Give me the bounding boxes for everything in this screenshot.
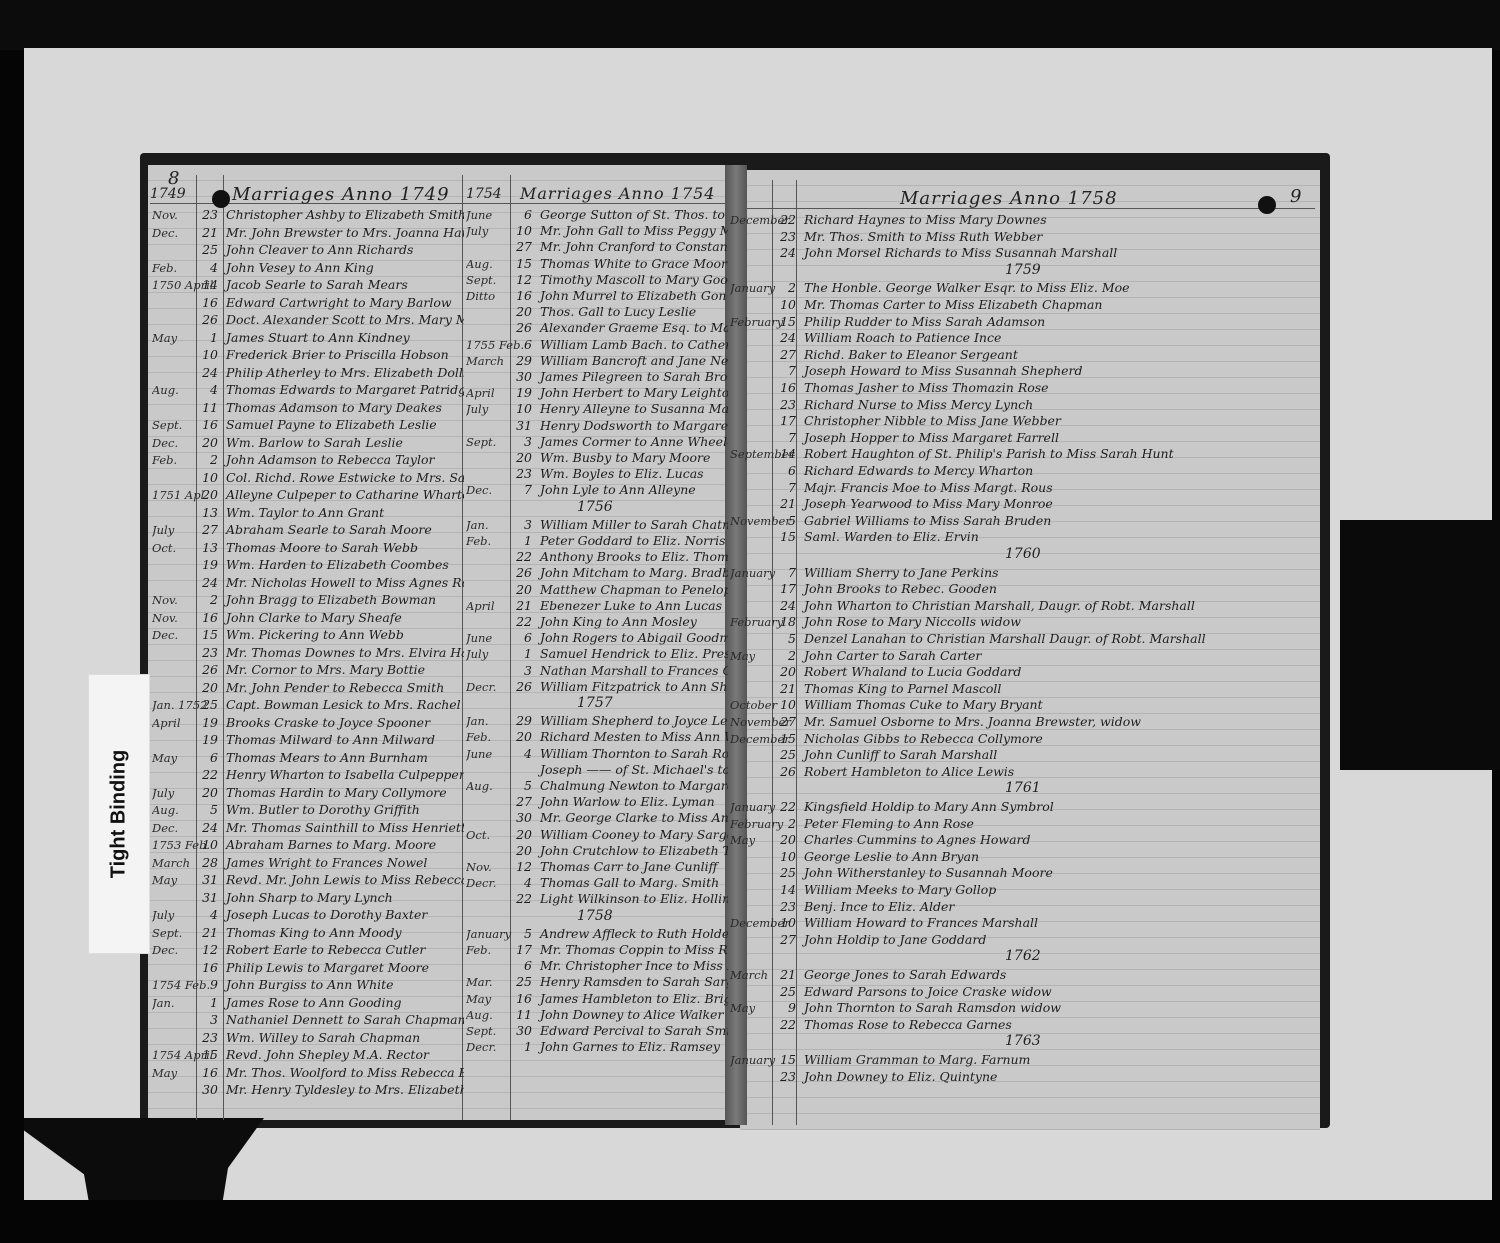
register-entry: 7Joseph Hopper to Miss Margaret Farrell bbox=[730, 430, 1320, 446]
entry-month: Nov. bbox=[152, 207, 194, 223]
entry-names: Mr. John Pender to Rebecca Smith bbox=[226, 680, 444, 696]
register-entry: 3Nathaniel Dennett to Sarah Chapman bbox=[152, 1012, 464, 1028]
register-entry: 20Matthew Chapman to Penelope Bowyer bbox=[466, 582, 728, 598]
register-entry: Jan.3William Miller to Sarah Chatman bbox=[466, 517, 728, 533]
entry-month: Dec. bbox=[152, 627, 194, 643]
entry-day: 26 bbox=[772, 764, 796, 780]
entry-day: 12 bbox=[508, 272, 532, 288]
register-entry: Dec.15Wm. Pickering to Ann Webb bbox=[152, 627, 464, 643]
register-entry: Dec.12Robert Earle to Rebecca Cutler bbox=[152, 942, 464, 958]
entry-names: John Holdip to Jane Goddard bbox=[804, 932, 986, 948]
register-entry: 17John Brooks to Rebec. Gooden bbox=[730, 581, 1320, 597]
entry-day: 6 bbox=[194, 750, 218, 766]
register-entry: Feb.17Mr. Thomas Coppin to Miss Rebecca bbox=[466, 942, 728, 958]
register-entry: Dec.7John Lyle to Ann Alleyne bbox=[466, 482, 728, 498]
entry-day: 6 bbox=[508, 958, 532, 974]
entry-names: Christopher Ashby to Elizabeth Smith bbox=[226, 207, 464, 223]
entry-day: 15 bbox=[772, 1052, 796, 1068]
register-entry: 6Mr. Christopher Ince to Miss Eliz. Ma bbox=[466, 958, 728, 974]
register-entry: May20Charles Cummins to Agnes Howard bbox=[730, 832, 1320, 848]
register-entry: Aug.4Thomas Edwards to Margaret Patridge bbox=[152, 382, 464, 398]
entry-day: 19 bbox=[194, 732, 218, 748]
entry-month: Mar. bbox=[466, 974, 508, 990]
entry-names: Revd. Mr. John Lewis to Miss Rebecca Wal… bbox=[226, 872, 464, 888]
entry-names: William Thomas Cuke to Mary Bryant bbox=[804, 697, 1043, 713]
entry-day: 10 bbox=[772, 297, 796, 313]
entry-month: Feb. bbox=[152, 260, 194, 276]
register-entry: June6George Sutton of St. Thos. to Mary … bbox=[466, 207, 728, 223]
entry-day: 22 bbox=[772, 212, 796, 228]
entry-day: 25 bbox=[772, 984, 796, 1000]
entry-day: 6 bbox=[508, 337, 532, 353]
entry-names: Philip Atherley to Mrs. Elizabeth Dollin bbox=[226, 365, 464, 381]
year-heading: 1756 bbox=[577, 499, 613, 515]
register-entry: 22John King to Ann Mosley bbox=[466, 614, 728, 630]
entry-names: Thos. Gall to Lucy Leslie bbox=[540, 304, 696, 320]
entry-day: 24 bbox=[194, 575, 218, 591]
entry-names: Henry Alleyne to Susanna Maynard bbox=[540, 401, 728, 417]
shadow-right bbox=[1340, 520, 1500, 770]
register-entry: July20Thomas Hardin to Mary Collymore bbox=[152, 785, 464, 801]
entry-day: 10 bbox=[194, 837, 218, 853]
entry-month: September bbox=[730, 446, 772, 462]
entry-day: 10 bbox=[508, 223, 532, 239]
entry-day: 7 bbox=[772, 480, 796, 496]
register-entry: January22Kingsfield Holdip to Mary Ann S… bbox=[730, 799, 1320, 815]
entry-day: 20 bbox=[194, 435, 218, 451]
entry-names: John Murrel to Elizabeth Gon bbox=[540, 288, 726, 304]
entry-month: July bbox=[466, 401, 508, 417]
entry-day: 3 bbox=[508, 434, 532, 450]
register-entry: Decr.26William Fitzpatrick to Ann Shorte… bbox=[466, 679, 728, 695]
entry-names: Wm. Willey to Sarah Chapman bbox=[226, 1030, 420, 1046]
entry-names: Christopher Nibble to Miss Jane Webber bbox=[804, 413, 1061, 429]
register-entry: 24John Morsel Richards to Miss Susannah … bbox=[730, 245, 1320, 261]
entry-names: Mr. John Gall to Miss Peggy Michie bbox=[540, 223, 728, 239]
entry-day: 12 bbox=[508, 859, 532, 875]
entry-names: John Cleaver to Ann Richards bbox=[226, 242, 413, 258]
register-entry: Feb.20Richard Mesten to Miss Ann W. bbox=[466, 729, 728, 745]
entry-day: 16 bbox=[508, 991, 532, 1007]
entry-day: 26 bbox=[194, 662, 218, 678]
register-entry: 16Edward Cartwright to Mary Barlow bbox=[152, 295, 464, 311]
register-entry: 1753 Feb.10Abraham Barnes to Marg. Moore bbox=[152, 837, 464, 853]
entry-names: John King to Ann Mosley bbox=[540, 614, 697, 630]
register-entry: February2Peter Fleming to Ann Rose bbox=[730, 816, 1320, 832]
register-entry: 7Joseph Howard to Miss Susannah Shepherd bbox=[730, 363, 1320, 379]
entry-day: 19 bbox=[508, 385, 532, 401]
entry-names: Frederick Brier to Priscilla Hobson bbox=[226, 347, 449, 363]
entry-month: January bbox=[730, 280, 772, 296]
entry-day: 20 bbox=[772, 664, 796, 680]
entry-month: February bbox=[730, 614, 772, 630]
entry-day: 20 bbox=[508, 827, 532, 843]
right-title: Marriages Anno 1758 bbox=[900, 188, 1118, 209]
entry-names: Nathan Marshall to Frances Green bbox=[540, 663, 728, 679]
register-entry: June6John Rogers to Abigail Goodman bbox=[466, 630, 728, 646]
entry-names: John Downey to Alice Walker bbox=[540, 1007, 723, 1023]
register-entry: 19Wm. Harden to Elizabeth Coombes bbox=[152, 557, 464, 573]
entry-day: 20 bbox=[508, 582, 532, 598]
entry-names: Thomas Moore to Sarah Webb bbox=[226, 540, 418, 556]
entry-day: 2 bbox=[772, 648, 796, 664]
entry-day: 23 bbox=[772, 899, 796, 915]
year-heading: 1757 bbox=[577, 695, 613, 711]
register-entry: July1Samuel Hendrick to Eliz. Prescod bbox=[466, 646, 728, 662]
entry-day: 24 bbox=[194, 820, 218, 836]
entry-names: Thomas Hardin to Mary Collymore bbox=[226, 785, 447, 801]
entry-day: 23 bbox=[772, 229, 796, 245]
entry-names: Wm. Barlow to Sarah Leslie bbox=[226, 435, 403, 451]
entry-names: Edward Cartwright to Mary Barlow bbox=[226, 295, 452, 311]
register-entry: Mar.25Henry Ramsden to Sarah Sargent bbox=[466, 974, 728, 990]
entry-day: 26 bbox=[194, 312, 218, 328]
entry-names: William Sherry to Jane Perkins bbox=[804, 565, 999, 581]
entry-names: Joseph Lucas to Dorothy Baxter bbox=[226, 907, 427, 923]
entry-names: William Roach to Patience Ince bbox=[804, 330, 1001, 346]
entry-day: 26 bbox=[508, 565, 532, 581]
register-entry: Decr.4Thomas Gall to Marg. Smith bbox=[466, 875, 728, 891]
register-entry: January7William Sherry to Jane Perkins bbox=[730, 565, 1320, 581]
entry-day: 25 bbox=[194, 697, 218, 713]
entry-names: Thomas Rose to Rebecca Garnes bbox=[804, 1017, 1012, 1033]
entry-names: Thomas White to Grace Moor bbox=[540, 256, 727, 272]
entry-day: 21 bbox=[508, 598, 532, 614]
entry-day: 21 bbox=[194, 925, 218, 941]
entry-day: 23 bbox=[508, 466, 532, 482]
register-entry: December15Nicholas Gibbs to Rebecca Coll… bbox=[730, 731, 1320, 747]
entry-names: Mr. Thomas Sainthill to Miss Henrietta V… bbox=[226, 820, 464, 836]
entry-day: 2 bbox=[772, 816, 796, 832]
entry-names: Gabriel Williams to Miss Sarah Bruden bbox=[804, 513, 1051, 529]
entry-month: Sept. bbox=[466, 434, 508, 450]
entry-month: Jan. bbox=[466, 713, 508, 729]
entry-day: 1 bbox=[194, 330, 218, 346]
entry-names: James Rose to Ann Gooding bbox=[226, 995, 402, 1011]
entry-names: Edward Percival to Sarah Smith bbox=[540, 1023, 728, 1039]
entry-names: Robert Haughton of St. Philip's Parish t… bbox=[804, 446, 1174, 462]
entry-month: Dec. bbox=[466, 482, 508, 498]
register-entry: 19Thomas Milward to Ann Milward bbox=[152, 732, 464, 748]
entry-month: Decr. bbox=[466, 875, 508, 891]
entry-day: 24 bbox=[194, 365, 218, 381]
entry-month: June bbox=[466, 630, 508, 646]
entry-day: 25 bbox=[772, 747, 796, 763]
register-entry: July4Joseph Lucas to Dorothy Baxter bbox=[152, 907, 464, 923]
entry-names: Mr. Thos. Woolford to Miss Rebecca Bootm… bbox=[226, 1065, 464, 1081]
entry-month: Sept. bbox=[152, 925, 194, 941]
entry-day: 4 bbox=[508, 746, 532, 762]
entry-names: John Witherstanley to Susannah Moore bbox=[804, 865, 1053, 881]
entry-month: Dec. bbox=[152, 942, 194, 958]
entry-month: May bbox=[730, 648, 772, 664]
register-entry: May31Revd. Mr. John Lewis to Miss Rebecc… bbox=[152, 872, 464, 888]
entry-day: 5 bbox=[508, 778, 532, 794]
entry-month: May bbox=[152, 750, 194, 766]
entry-names: John Bragg to Elizabeth Bowman bbox=[226, 592, 436, 608]
entry-month: May bbox=[152, 330, 194, 346]
register-entry: 5Denzel Lanahan to Christian Marshall Da… bbox=[730, 631, 1320, 647]
entry-names: Mr. Nicholas Howell to Miss Agnes Rous bbox=[226, 575, 464, 591]
entry-day: 7 bbox=[508, 482, 532, 498]
entry-month: Sept. bbox=[466, 1023, 508, 1039]
entry-day: 1 bbox=[508, 646, 532, 662]
register-entry: Nov.16John Clarke to Mary Sheafe bbox=[152, 610, 464, 626]
entry-names: Kingsfield Holdip to Mary Ann Symbrol bbox=[804, 799, 1054, 815]
register-entry: Jan.29William Shepherd to Joyce Lee bbox=[466, 713, 728, 729]
register-entry: 10George Leslie to Ann Bryan bbox=[730, 849, 1320, 865]
entry-names: James Stuart to Ann Kindney bbox=[226, 330, 410, 346]
entry-names: John Thornton to Sarah Ramsdon widow bbox=[804, 1000, 1061, 1016]
entry-day: 16 bbox=[194, 610, 218, 626]
register-entry: 30Mr. Henry Tyldesley to Mrs. Elizabeth … bbox=[152, 1082, 464, 1098]
entry-day: 20 bbox=[194, 785, 218, 801]
register-entry: Oct.13Thomas Moore to Sarah Webb bbox=[152, 540, 464, 556]
page-number-right: 9 bbox=[1290, 186, 1301, 207]
entry-month: January bbox=[730, 1052, 772, 1068]
register-entry: 16Philip Lewis to Margaret Moore bbox=[152, 960, 464, 976]
entry-day: 10 bbox=[508, 401, 532, 417]
register-entry: May16James Hambleton to Eliz. Briggs bbox=[466, 991, 728, 1007]
entry-month: Nov. bbox=[466, 859, 508, 875]
entry-day: 23 bbox=[772, 1069, 796, 1085]
register-entry: 13Wm. Taylor to Ann Grant bbox=[152, 505, 464, 521]
entry-names: Samuel Payne to Elizabeth Leslie bbox=[226, 417, 437, 433]
entry-names: Thomas Adamson to Mary Deakes bbox=[226, 400, 442, 416]
entry-month: July bbox=[466, 646, 508, 662]
register-entry: April19John Herbert to Mary Leighton bbox=[466, 385, 728, 401]
entry-names: Philip Rudder to Miss Sarah Adamson bbox=[804, 314, 1045, 330]
entry-names: Wm. Taylor to Ann Grant bbox=[226, 505, 384, 521]
entry-names: Samuel Hendrick to Eliz. Prescod bbox=[540, 646, 728, 662]
film-bottom-edge bbox=[0, 1200, 1500, 1243]
register-entry: September14Robert Haughton of St. Philip… bbox=[730, 446, 1320, 462]
entry-names: John Carter to Sarah Carter bbox=[804, 648, 981, 664]
entry-day: 14 bbox=[772, 882, 796, 898]
entry-month: March bbox=[730, 967, 772, 983]
register-entry: 22Henry Wharton to Isabella Culpepper bbox=[152, 767, 464, 783]
entry-day: 10 bbox=[194, 470, 218, 486]
entry-day: 12 bbox=[194, 942, 218, 958]
entry-names: Richard Mesten to Miss Ann W. bbox=[540, 729, 728, 745]
entry-day: 19 bbox=[194, 557, 218, 573]
entry-day: 17 bbox=[772, 581, 796, 597]
entry-names: John Rose to Mary Niccolls widow bbox=[804, 614, 1021, 630]
register-entry: June4William Thornton to Sarah Rowe bbox=[466, 746, 728, 762]
entry-month: April bbox=[466, 598, 508, 614]
entry-month: March bbox=[152, 855, 194, 871]
entry-day: 11 bbox=[508, 1007, 532, 1023]
register-entry: November27Mr. Samuel Osborne to Mrs. Joa… bbox=[730, 714, 1320, 730]
register-entry: Sept.16Samuel Payne to Elizabeth Leslie bbox=[152, 417, 464, 433]
entry-day: 15 bbox=[194, 627, 218, 643]
register-entry: Aug.11John Downey to Alice Walker bbox=[466, 1007, 728, 1023]
register-entry: 24John Wharton to Christian Marshall, Da… bbox=[730, 598, 1320, 614]
entry-names: Denzel Lanahan to Christian Marshall Dau… bbox=[804, 631, 1206, 647]
entry-month: July bbox=[152, 785, 194, 801]
register-entry: 20John Crutchlow to Elizabeth Thorngood bbox=[466, 843, 728, 859]
register-entry: 27Mr. John Cranford to Constantia May bbox=[466, 239, 728, 255]
entry-names: George Jones to Sarah Edwards bbox=[804, 967, 1006, 983]
register-entry: Nov.2John Bragg to Elizabeth Bowman bbox=[152, 592, 464, 608]
entry-month: 1755 Feb. bbox=[466, 337, 508, 353]
entry-month: Aug. bbox=[152, 382, 194, 398]
register-entry: 21Joseph Yearwood to Miss Mary Monroe bbox=[730, 496, 1320, 512]
entry-names: Brooks Craske to Joyce Spooner bbox=[226, 715, 430, 731]
register-entry: Feb.1Peter Goddard to Eliz. Norris bbox=[466, 533, 728, 549]
entry-day: 28 bbox=[194, 855, 218, 871]
entry-day: 15 bbox=[772, 529, 796, 545]
year-heading: 1758 bbox=[577, 908, 613, 924]
entry-names: Capt. Bowman Lesick to Mrs. Rachel Mille… bbox=[226, 697, 464, 713]
entry-day: 11 bbox=[194, 400, 218, 416]
entry-day: 5 bbox=[772, 513, 796, 529]
entry-names: Doct. Alexander Scott to Mrs. Mary Mille… bbox=[226, 312, 464, 328]
entry-month: Feb. bbox=[466, 729, 508, 745]
register-entry: 15Saml. Warden to Eliz. Ervin bbox=[730, 529, 1320, 545]
entry-names: Saml. Warden to Eliz. Ervin bbox=[804, 529, 979, 545]
register-entry: 11Thomas Adamson to Mary Deakes bbox=[152, 400, 464, 416]
entry-day: 14 bbox=[194, 277, 218, 293]
entry-day: 21 bbox=[772, 496, 796, 512]
entry-names: William Howard to Frances Marshall bbox=[804, 915, 1038, 931]
entry-names: William Shepherd to Joyce Lee bbox=[540, 713, 728, 729]
entry-month: April bbox=[466, 385, 508, 401]
entry-day: 22 bbox=[508, 614, 532, 630]
register-entry: April19Brooks Craske to Joyce Spooner bbox=[152, 715, 464, 731]
register-entry: Feb.2John Adamson to Rebecca Taylor bbox=[152, 452, 464, 468]
entry-day: 20 bbox=[772, 832, 796, 848]
register-entry: 26John Mitcham to Marg. Bradbury bbox=[466, 565, 728, 581]
register-entry: Oct.20William Cooney to Mary Sargent bbox=[466, 827, 728, 843]
tight-binding-label: Tight Binding bbox=[108, 750, 131, 879]
register-entry: 26Doct. Alexander Scott to Mrs. Mary Mil… bbox=[152, 312, 464, 328]
entry-names: Alleyne Culpeper to Catharine Wharton bbox=[226, 487, 464, 503]
entry-month: May bbox=[152, 1065, 194, 1081]
entry-month: Sept. bbox=[466, 272, 508, 288]
year-heading: 1761 bbox=[1005, 780, 1041, 796]
entry-day: 3 bbox=[194, 1012, 218, 1028]
register-entry: July10Mr. John Gall to Miss Peggy Michie bbox=[466, 223, 728, 239]
register-entry: 1754 Feb.9John Burgiss to Ann White bbox=[152, 977, 464, 993]
entry-day: 3 bbox=[508, 517, 532, 533]
entry-names: Light Wilkinson to Eliz. Hollingsworth bbox=[540, 891, 728, 907]
register-entry: May6Thomas Mears to Ann Burnham bbox=[152, 750, 464, 766]
entry-month: 1754 Feb. bbox=[152, 977, 194, 993]
entry-names: Benj. Ince to Eliz. Alder bbox=[804, 899, 954, 915]
entry-day: 16 bbox=[772, 380, 796, 396]
register-entry: 23Benj. Ince to Eliz. Alder bbox=[730, 899, 1320, 915]
register-entry: 20Robert Whaland to Lucia Goddard bbox=[730, 664, 1320, 680]
register-entry: Sept.12Timothy Mascoll to Mary Gooding bbox=[466, 272, 728, 288]
entry-month: May bbox=[152, 872, 194, 888]
entry-month: Feb. bbox=[152, 452, 194, 468]
register-entry: 26Mr. Cornor to Mrs. Mary Bottie bbox=[152, 662, 464, 678]
entry-names: William Bancroft and Jane Ne bbox=[540, 353, 728, 369]
entry-names: Henry Ramsden to Sarah Sargent bbox=[540, 974, 728, 990]
register-entry: 27John Holdip to Jane Goddard bbox=[730, 932, 1320, 948]
entry-day: 1 bbox=[508, 1039, 532, 1055]
entry-names: Wm. Boyles to Eliz. Lucas bbox=[540, 466, 704, 482]
entry-day: 7 bbox=[772, 430, 796, 446]
entry-month: December bbox=[730, 731, 772, 747]
entry-names: Mr. John Cranford to Constantia May bbox=[540, 239, 728, 255]
entry-day: 27 bbox=[508, 239, 532, 255]
entry-day: 17 bbox=[772, 413, 796, 429]
register-entry: Dec.24Mr. Thomas Sainthill to Miss Henri… bbox=[152, 820, 464, 836]
entry-day: 5 bbox=[194, 802, 218, 818]
entry-day: 15 bbox=[772, 314, 796, 330]
register-entry: 27Richd. Baker to Eleanor Sergeant bbox=[730, 347, 1320, 363]
entry-month: July bbox=[152, 522, 194, 538]
register-entry: Ditto16John Murrel to Elizabeth Gon bbox=[466, 288, 728, 304]
entry-day: 15 bbox=[508, 256, 532, 272]
entry-names: William Meeks to Mary Gollop bbox=[804, 882, 996, 898]
entry-names: Chalmung Newton to Margaret Humphrey bbox=[540, 778, 728, 794]
entry-names: Thomas King to Parnel Mascoll bbox=[804, 681, 1001, 697]
entry-names: James Hambleton to Eliz. Briggs bbox=[540, 991, 728, 1007]
entry-names: Mr. Christopher Ince to Miss Eliz. Ma bbox=[540, 958, 728, 974]
register-entry: Aug.5Wm. Butler to Dorothy Griffith bbox=[152, 802, 464, 818]
entry-names: John Herbert to Mary Leighton bbox=[540, 385, 728, 401]
entry-month: Jan. bbox=[152, 995, 194, 1011]
entry-day: 25 bbox=[194, 242, 218, 258]
entry-day: 1 bbox=[194, 995, 218, 1011]
register-entry: 1750 April14Jacob Searle to Sarah Mears bbox=[152, 277, 464, 293]
entry-names: Peter Goddard to Eliz. Norris bbox=[540, 533, 726, 549]
entry-day: 21 bbox=[772, 967, 796, 983]
entry-names: William Fitzpatrick to Ann Shorter bbox=[540, 679, 728, 695]
register-entry: May9John Thornton to Sarah Ramsdon widow bbox=[730, 1000, 1320, 1016]
register-entry: 23Mr. Thomas Downes to Mrs. Elvira Hayne… bbox=[152, 645, 464, 661]
entry-names: Mr. Thomas Carter to Miss Elizabeth Chap… bbox=[804, 297, 1102, 313]
entry-names: Richard Nurse to Miss Mercy Lynch bbox=[804, 397, 1033, 413]
entry-names: Anthony Brooks to Eliz. Thomas bbox=[540, 549, 728, 565]
entry-month: January bbox=[466, 926, 508, 942]
register-entry: 25John Cunliff to Sarah Marshall bbox=[730, 747, 1320, 763]
register-entry: May2John Carter to Sarah Carter bbox=[730, 648, 1320, 664]
entry-names: Jacob Searle to Sarah Mears bbox=[226, 277, 408, 293]
entry-names: Thomas Edwards to Margaret Patridge bbox=[226, 382, 464, 398]
year-heading: 1760 bbox=[1005, 546, 1041, 562]
register-entry: 25John Cleaver to Ann Richards bbox=[152, 242, 464, 258]
register-entry: 17Christopher Nibble to Miss Jane Webber bbox=[730, 413, 1320, 429]
entry-names: Thomas Jasher to Miss Thomazin Rose bbox=[804, 380, 1049, 396]
entry-names: John Adamson to Rebecca Taylor bbox=[226, 452, 434, 468]
entry-names: Henry Wharton to Isabella Culpepper bbox=[226, 767, 464, 783]
entry-names: Mr. Thomas Downes to Mrs. Elvira Haynes bbox=[226, 645, 464, 661]
entry-names: Mr. George Clarke to Miss Angel Clarke bbox=[540, 810, 728, 826]
entry-names: John Garnes to Eliz. Ramsey bbox=[540, 1039, 720, 1055]
entry-names: Ebenezer Luke to Ann Lucas bbox=[540, 598, 722, 614]
entry-names: Joseph Howard to Miss Susannah Shepherd bbox=[804, 363, 1083, 379]
register-entry: March21George Jones to Sarah Edwards bbox=[730, 967, 1320, 983]
col2-title: Marriages Anno 1754 bbox=[520, 184, 715, 203]
register-entry: Nov.23Christopher Ashby to Elizabeth Smi… bbox=[152, 207, 464, 223]
entry-day: 27 bbox=[772, 932, 796, 948]
entry-names: John Mitcham to Marg. Bradbury bbox=[540, 565, 728, 581]
entry-names: Thomas Mears to Ann Burnham bbox=[226, 750, 428, 766]
entry-month: 1754 April bbox=[152, 1047, 194, 1063]
entry-day: 29 bbox=[508, 353, 532, 369]
entry-names: Nicholas Gibbs to Rebecca Collymore bbox=[804, 731, 1043, 747]
register-entry: 31Henry Dodsworth to Margaret Hoffman bbox=[466, 418, 728, 434]
register-entry: Dec.21Mr. John Brewster to Mrs. Joanna H… bbox=[152, 225, 464, 241]
entry-month: Feb. bbox=[466, 942, 508, 958]
entry-names: Mr. Henry Tyldesley to Mrs. Elizabeth Mi… bbox=[226, 1082, 464, 1098]
entry-day: 6 bbox=[508, 207, 532, 223]
entry-month: Decr. bbox=[466, 679, 508, 695]
